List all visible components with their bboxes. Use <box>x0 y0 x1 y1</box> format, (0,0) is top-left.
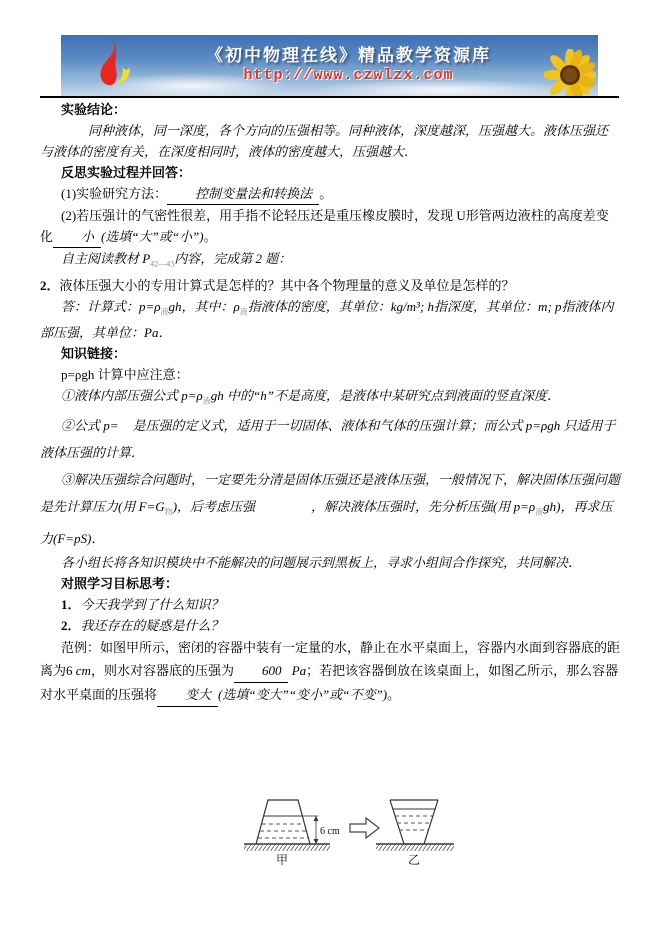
rho-subscript: 液 <box>161 307 169 316</box>
pressure-answer-blank: 600 <box>234 659 289 683</box>
reflect-heading: 反思实验过程并回答： <box>40 162 620 183</box>
rho-subscript: 液 <box>240 307 248 316</box>
note-3: ③解决压强综合问题时，一定要先分清是固体压强还是液体压强，一般情况下，解决固体压… <box>40 466 620 553</box>
unit-cm: cm <box>76 663 91 678</box>
note-3-text2: )，后考虑压强 <box>173 499 255 514</box>
goal-2-text: 我还存在的疑惑是什么？ <box>81 618 224 633</box>
answer-text: gh，其中：ρ <box>169 299 240 314</box>
rho-subscript: 液 <box>203 397 211 406</box>
choice-note: (选填“变大”“变小”或“不变”) <box>218 687 387 702</box>
goal-1-text: 今天我学到了什么知识？ <box>81 597 224 612</box>
goal-item-1: 1．今天我学到了什么知识？ <box>40 594 620 615</box>
answer-text: ; h指深度，其单位： <box>420 299 538 314</box>
links-intro: p=ρgh 计算中应注意： <box>40 364 620 385</box>
note-3-text3: ，解决液体压强时，先分析压强(用 p=ρ <box>311 499 535 514</box>
document-page: 《初中物理在线》精品教学资源库 http://www.czwlzx.com <box>0 0 658 932</box>
reading-task: 自主阅读教材 P42—43内容，完成第 2 题： <box>40 248 620 275</box>
note-2-text: ②公式 p= <box>61 418 119 433</box>
note-1-text: ①液体内部压强公式 p=ρ <box>61 388 203 403</box>
question-1-label: (1)实验研究方法： <box>61 186 167 201</box>
reading-task-tail: 内容，完成第 2 题： <box>174 251 291 266</box>
group-task: 各小组长将各知识模块中不能解决的问题展示到黑板上，寻求小组间合作探究，共同解决． <box>40 552 620 573</box>
goal-item-2: 2．我还存在的疑惑是什么？ <box>40 615 620 636</box>
label-yi: 乙 <box>408 853 420 867</box>
note-1: ①液体内部压强公式 p=ρ液gh 中的“h”不是高度，是液体中某研究点到液面的竖… <box>40 385 620 412</box>
page-range-subscript: 42—43 <box>150 260 174 269</box>
containers-figure: 6 cm 甲 乙 <box>238 798 462 872</box>
item-2-question-text: 液体压强大小的专用计算式是怎样的？其中各个物理量的意义及单位是怎样的？ <box>60 278 515 293</box>
conclusion-text: 同种液体，同一深度，各个方向的压强相等。同种液体，深度越深，压强越大。液体压强还… <box>40 120 620 162</box>
site-banner: 《初中物理在线》精品教学资源库 http://www.czwlzx.com <box>61 35 598 96</box>
change-answer-blank: 变大 <box>157 683 218 707</box>
sunflower-icon <box>544 49 596 96</box>
container-jia: 6 cm 甲 <box>244 800 340 867</box>
weight-subscript: 物 <box>165 507 173 516</box>
header-divider <box>40 96 619 98</box>
example-paragraph: 范例：如图甲所示，密闭的容器中装有一定量的水，静止在水平桌面上，容器内水面到容器… <box>40 636 620 707</box>
knowledge-links-heading: 知识链接： <box>40 343 620 364</box>
unit-kg-m3: kg/m³ <box>391 299 420 314</box>
question-2-choice-note: (选填“大”或“小”) <box>101 229 204 244</box>
unit-pa: Pa <box>144 325 158 340</box>
item-2-number: 2． <box>40 278 60 293</box>
example-text2: ，则水对容器底的压强为 <box>91 663 234 678</box>
note-2: ②公式 p=是压强的定义式，适用于一切固体、液体和气体的压强计算；而公式 p=ρ… <box>40 412 620 466</box>
item-2-question: 2．液体压强大小的专用计算式是怎样的？其中各个物理量的意义及单位是怎样的？ <box>40 275 620 296</box>
question-1-period: 。 <box>319 186 332 201</box>
banner-title: 《初中物理在线》精品教学资源库 <box>176 41 521 66</box>
question-2-period: 。 <box>204 229 217 244</box>
answer-text: 指液体的密度，其单位： <box>248 299 391 314</box>
document-content: 实验结论： 同种液体，同一深度，各个方向的压强相等。同种液体，深度越深，压强越大… <box>40 99 620 707</box>
item-2-answer: 答：计算式：p=ρ液gh，其中：ρ液指液体的密度，其单位：kg/m³; h指深度… <box>40 296 620 344</box>
example-period: 。 <box>387 687 400 702</box>
note-1-tail: gh 中的“h”不是高度，是液体中某研究点到液面的竖直深度． <box>211 388 560 403</box>
container-yi: 乙 <box>376 800 454 867</box>
note-2-tail: 是压强的定义式，适用于一切固体、液体和气体的压强计算；而公式 p=ρgh 只适用… <box>40 418 616 460</box>
question-1-answer-blank: 控制变量法和转换法 <box>167 183 319 205</box>
dim-label: 6 cm <box>320 826 340 837</box>
reading-task-text: 自主阅读教材 P <box>61 251 150 266</box>
label-jia: 甲 <box>276 853 288 867</box>
goal-1-number: 1． <box>61 597 81 612</box>
question-2-answer-blank: 小 <box>53 226 101 248</box>
red-flame-logo-icon <box>89 39 137 91</box>
depth-dimension: 6 cm <box>302 816 340 844</box>
goals-heading: 对照学习目标思考： <box>40 573 620 594</box>
answer-period: ． <box>158 325 171 340</box>
unit-pa: Pa <box>292 663 306 678</box>
answer-formula: 答：计算式：p=ρ <box>61 299 161 314</box>
conclusion-heading: 实验结论： <box>40 99 620 120</box>
question-2: (2)若压强计的气密性很差，用手指不论轻压还是重压橡皮膜时，发现 U形管两边液柱… <box>40 205 620 248</box>
rho-subscript: 液 <box>535 507 543 516</box>
banner-url: http://www.czwlzx.com <box>176 67 521 84</box>
right-arrow-icon <box>350 818 379 838</box>
question-1: (1)实验研究方法：控制变量法和转换法。 <box>40 183 620 205</box>
goal-2-number: 2． <box>61 618 81 633</box>
